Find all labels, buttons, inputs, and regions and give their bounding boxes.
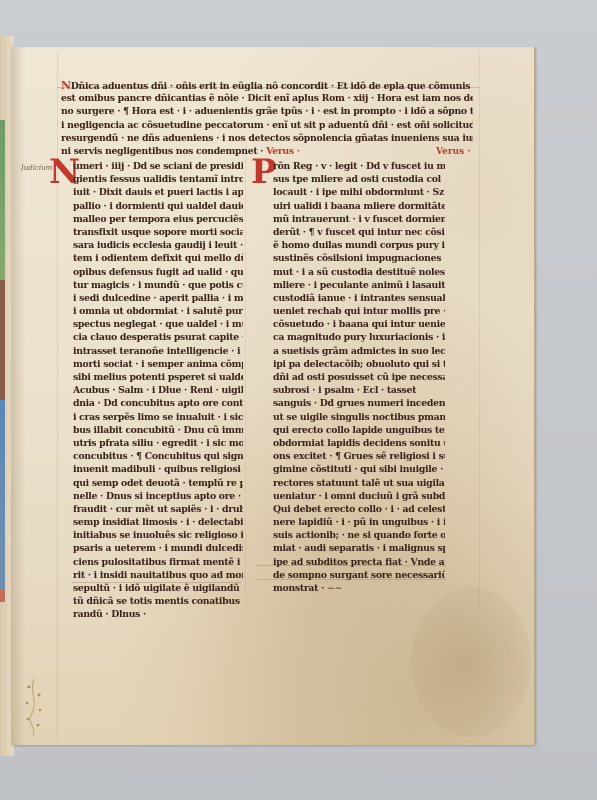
text-line: ut se uigile singulis noctibus pmant unu… xyxy=(273,411,445,424)
water-stain xyxy=(411,587,531,737)
illumination-strip-red xyxy=(0,590,5,602)
text-line: dñi ad osti posuisset cũ ipe necessaria … xyxy=(273,371,445,384)
text-line: nelle · Dnus si inceptius apto ore · i s… xyxy=(73,490,243,503)
text-line: tur magicis · i mundũ · que potis cũ lac… xyxy=(73,279,243,292)
text-line: uiri ualidi i baana mliere dormitãte do xyxy=(273,200,445,213)
text-line: mliere · i peculante animũ i lasauit · a… xyxy=(273,279,445,292)
text-line: cia clauo desperatis psurat capite · i o… xyxy=(73,331,243,344)
text-line: intrasset teranoñe intelligencie · i sic… xyxy=(73,345,243,358)
illumination-strip-blue xyxy=(0,400,5,590)
left-column: umeri · iiij · Dd se sciani de presidio … xyxy=(73,160,243,622)
text-line: sanguis · Dd grues numeri incedentes xyxy=(273,397,445,410)
text-line: morti sociat · i semper anima cõmpnat · … xyxy=(73,358,243,371)
marginal-note: Iudicium xyxy=(21,164,52,172)
text-line: locauit · i ipe mihi obdormiunt · Sz duo xyxy=(273,186,445,199)
text-line: de sompno surgant sore necessariũ nobis xyxy=(273,569,445,582)
text-line: est omibus pancre dñicantias ẽ nõie · Di… xyxy=(61,92,473,105)
text-line: sara iudicis ecclesia gaudij i leuit · s… xyxy=(73,239,243,252)
text-line-content: monstrat · xyxy=(273,583,324,594)
text-line: pallio · i dormienti qui ualdel dauid cu… xyxy=(73,200,243,213)
text-line: ons excitet · ¶ Grues sẽ religiosi i sub… xyxy=(273,450,445,463)
text-line: qui semp odet deuotã · templũ re pfere d… xyxy=(73,477,243,490)
text-line: gimine cõstituti · qui sibi inuigile · i… xyxy=(273,463,445,476)
text-line: i negligencia ac cõsuetudine peccatorum … xyxy=(61,119,473,132)
text-line: Qui debet erecto collo · i · ad celestia… xyxy=(273,503,445,516)
text-line: i cras serpẽs limo se inualuit · i sic f… xyxy=(73,411,243,424)
text-line: Acubus · Salm · i Dlue · Reni · uigilate xyxy=(73,384,243,397)
text-line: dnia · Dd concubitus apto ore continens xyxy=(73,397,243,410)
text-line: ipe ad subditos precta fiat · Vnde aplus… xyxy=(273,556,445,569)
text-line: inuenit madibuli · quibus religiosi sigi xyxy=(73,463,243,476)
text-line: tem i odientem defixit qui mello dũi · i… xyxy=(73,252,243,265)
text-line: iuit · Dixit dauis et pueri lactis i ape… xyxy=(73,186,243,199)
line-filler-flourish: ~~ xyxy=(327,583,342,594)
text-line: mũ intrauerunt · i v fuscet dormiente oc… xyxy=(273,213,445,226)
right-column: rõn Reg · v · legit · Dd v fuscet iu mel… xyxy=(273,160,445,595)
text-line: tũ dñicã se totis mentis conatibus prepa… xyxy=(73,595,243,608)
text-line: randũ · Dlnus · xyxy=(73,608,243,621)
text-line: no surgere · ¶ Hora est · i · aduenienti… xyxy=(61,105,473,118)
manuscript-page: NDñica aduentus dñi · oñis erit in eũgli… xyxy=(11,47,535,745)
text-line: ipi pa delectacõib; obuoluto qui si timo… xyxy=(273,358,445,371)
text-line-content: ni servis negligentibus nos condempnet · xyxy=(61,146,263,157)
illumination-strip-brown xyxy=(0,280,5,400)
text-line: i sedi dulcedine · aperit pallia · i mun… xyxy=(73,292,243,305)
text-line: gientis fessus ualidis tentamĩ intro xyxy=(73,173,243,186)
text-line: qui erecto collo lapide unguibus tenet ·… xyxy=(273,424,445,437)
text-line: resurgendũ · ne dñs adueniens · i nos de… xyxy=(61,132,473,145)
text-line: bus illabit concubitũ · Dnu cũ immedia xyxy=(73,424,243,437)
text-line: fraudit · cur mẽt ut sapiẽs · i · drubus… xyxy=(73,503,243,516)
text-line: rit · i insidi nauitatibus quo ad morte … xyxy=(73,569,243,582)
text-line: rectores statuunt talẽ ut sua uigilancia… xyxy=(273,477,445,490)
text-line: miat · audi separatis · i malignus spũ t… xyxy=(273,542,445,555)
text-line: ẽ homo duilas mundi corpus pury i drabil… xyxy=(273,239,445,252)
text-line: ciens pulositatibus firmat mentẽ i sic m… xyxy=(73,556,243,569)
text-line: sustinẽs cõsilsioni impugnaciones · qui … xyxy=(273,252,445,265)
text-line: transfixit usque sopore morti sociauit ·… xyxy=(73,226,243,239)
ruling-right-margin xyxy=(479,52,480,612)
text-line: custodiã ianue · i intrantes sensualitat… xyxy=(273,292,445,305)
text-line: suis actionib; · ne si quando forte obdo… xyxy=(273,529,445,542)
text-line: NDñica aduentus dñi · oñis erit in eũgli… xyxy=(61,79,473,92)
text-line: ueniet rechab qui intur mollis pre · i ·… xyxy=(273,305,445,318)
text-line: obdormiat lapidis decidens sonitu uigila xyxy=(273,437,445,450)
text-line: umeri · iiij · Dd se sciani de presidio … xyxy=(73,160,243,173)
gutter-shadow xyxy=(11,47,25,745)
text-line: utris pfrata siliu · egredit · i sic mor… xyxy=(73,437,243,450)
text-line: rõn Reg · v · legit · Dd v fuscet iu mel xyxy=(273,160,445,173)
text-line: concubitus · ¶ Concubitus qui signacion xyxy=(73,450,243,463)
text-line: sepultũ · i idõ uigilate ẽ uigilandũ · i… xyxy=(73,582,243,595)
text-line: sibi melius potenti psperet si ualdet su… xyxy=(73,371,243,384)
text-line: initiabus se inuoluẽs sic religioso illa… xyxy=(73,529,243,542)
text-line: semp insidiat limosis · i · delectabilib… xyxy=(73,516,243,529)
text-line: i omnia ut obdormiat · i salutẽ pura mer… xyxy=(73,305,243,318)
text-line: malleo per tempora eius percuciẽs infirm… xyxy=(73,213,243,226)
top-paragraph: NDñica aduentus dñi · oñis erit in eũgli… xyxy=(61,79,473,158)
text-line-content: Dñica aduentus dñi · oñis erit in eũglia… xyxy=(71,81,470,92)
text-line: opibus defensus fugit ad ualid · qui ins… xyxy=(73,266,243,279)
text-line: cõsuetudo · i baana qui intur ueniens cr… xyxy=(273,318,445,331)
rubric-right: Verus · xyxy=(436,147,471,157)
text-line: mut · i a sũ custodia destituẽ noles · p… xyxy=(273,266,445,279)
text-line: spectus neglegat · que ualdel · i mundũ … xyxy=(73,318,243,331)
text-line: sus tpe mliere ad osti custodia col xyxy=(273,173,445,186)
text-line: a suetisis grãm admictes in suo lecto · … xyxy=(273,345,445,358)
text-line: monstrat · ~~ xyxy=(273,582,445,595)
text-line: ca magnitudo pury luxuriacionis · i omne… xyxy=(273,331,445,344)
text-line: subrosi · i psalm · Ecl · tasset xyxy=(273,384,445,397)
text-line: ueniatur · i omni duciuũ i grã subditi p… xyxy=(273,490,445,503)
text-line: nere lapidiũ · i · pũ in unguibus · i in… xyxy=(273,516,445,529)
ruling-column-divider xyxy=(245,147,246,607)
illumination-strip-green xyxy=(0,120,5,280)
text-line: psaris a ueterem · i mundi dulcedinibus … xyxy=(73,542,243,555)
text-line: derũt · ¶ v fuscet qui intur nec cõsilsi… xyxy=(273,226,445,239)
